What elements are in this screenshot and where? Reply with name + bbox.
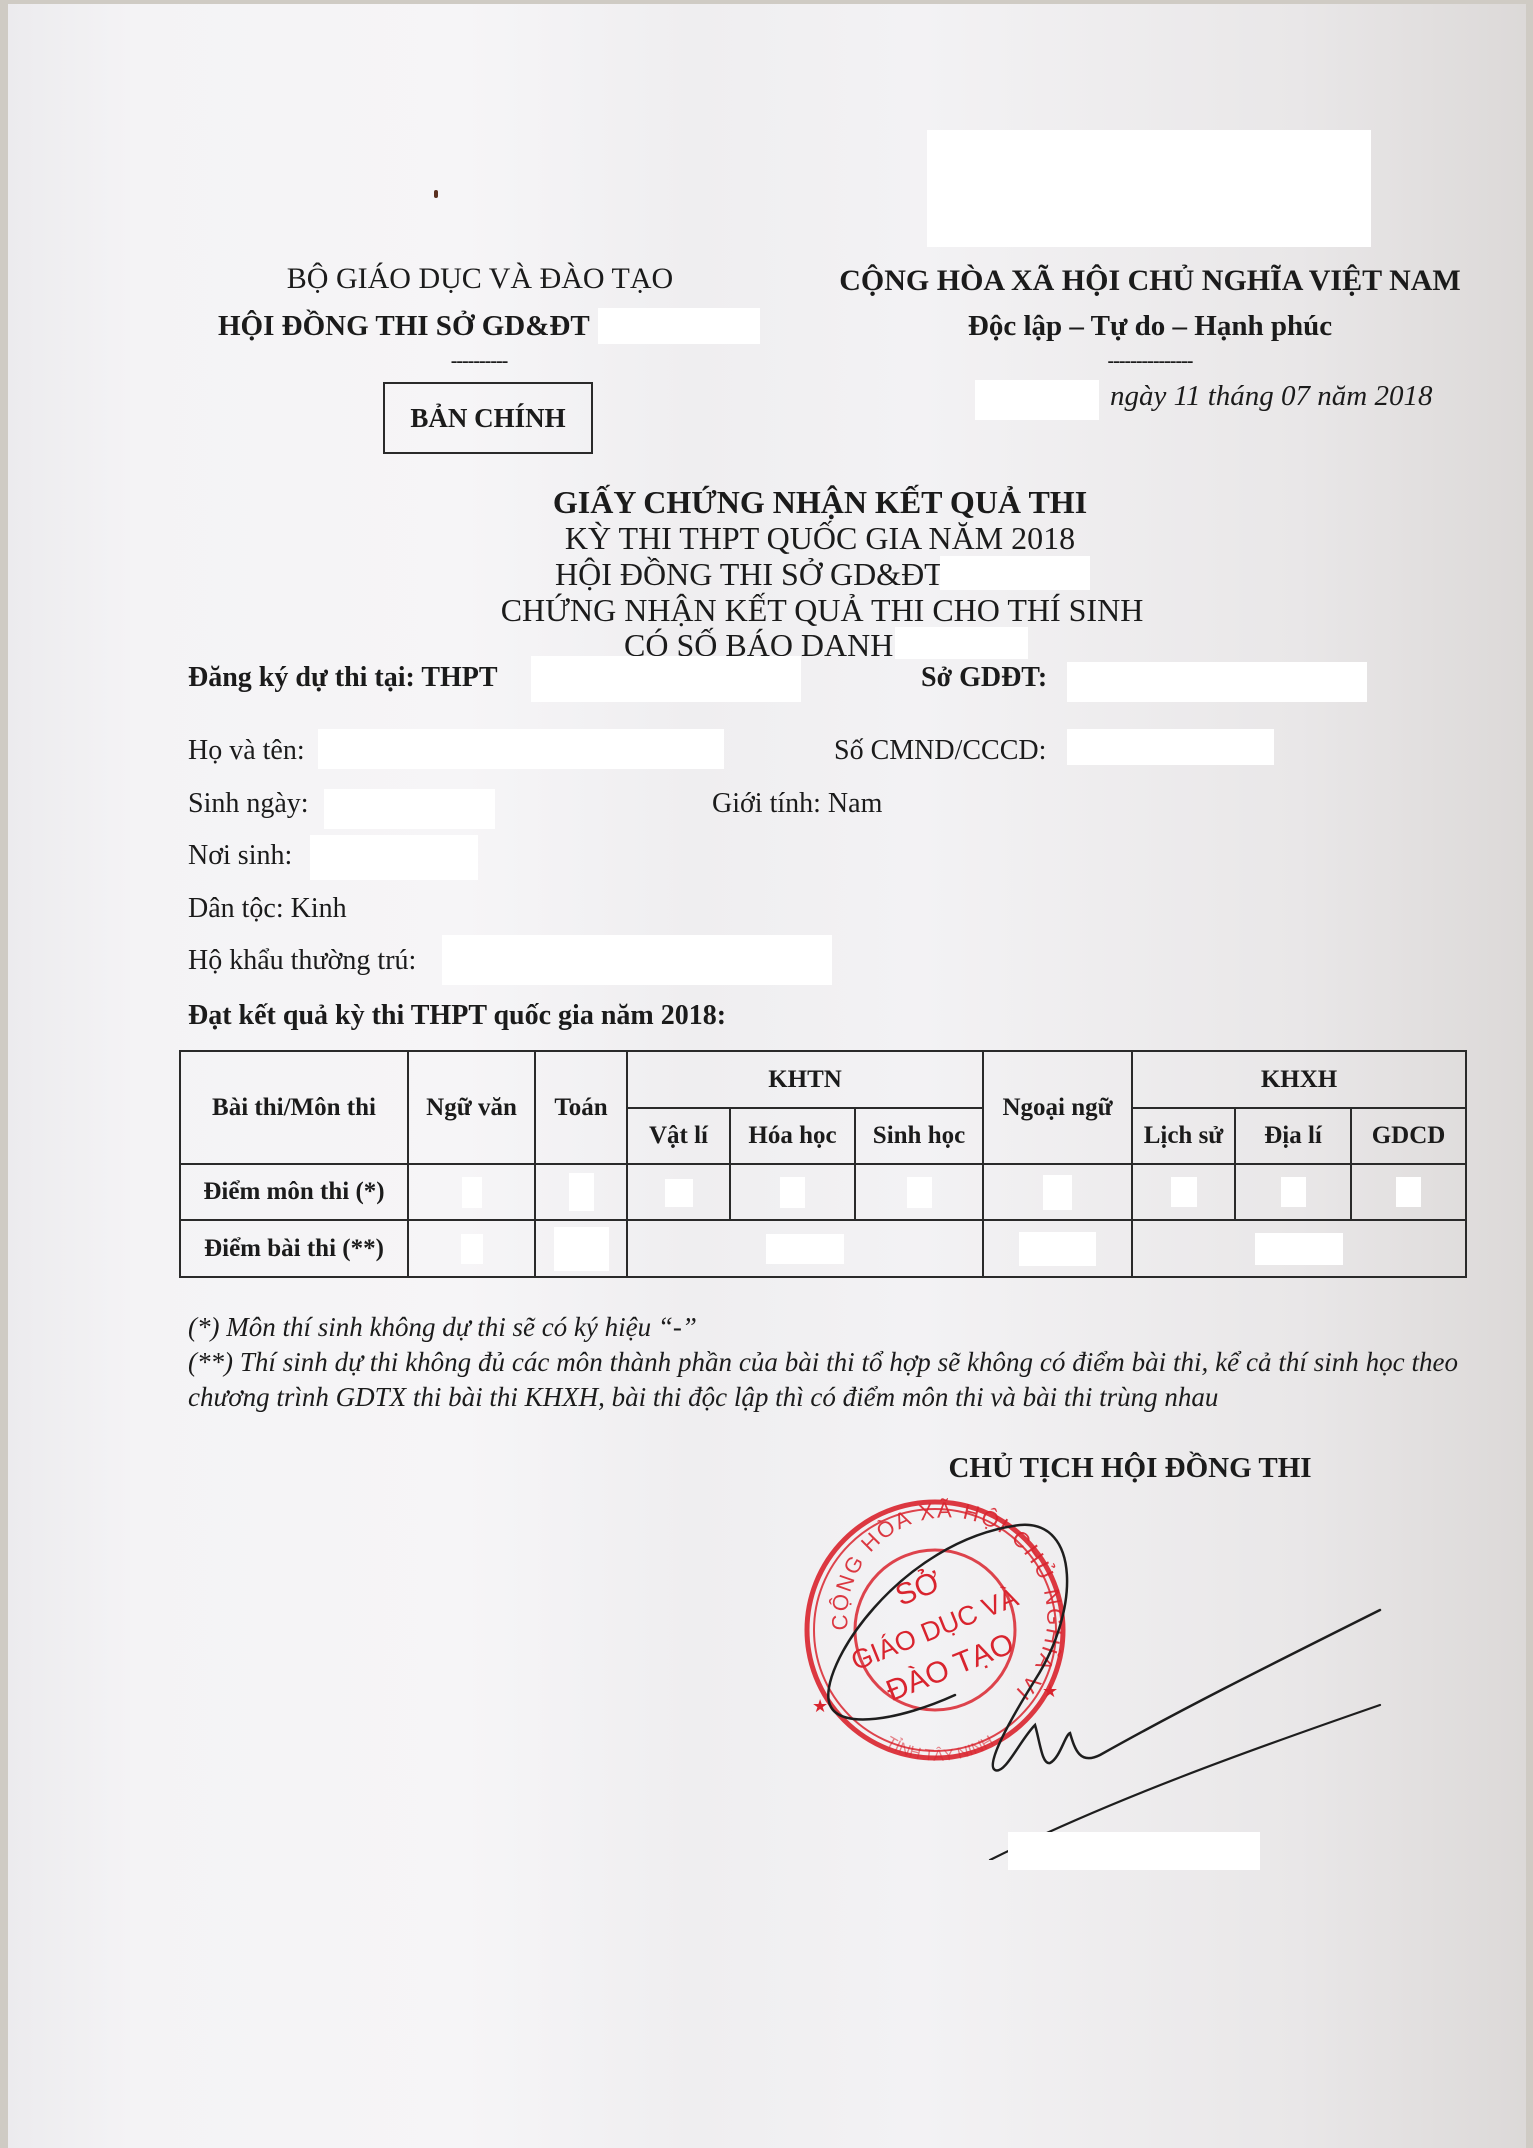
score-chemistry (730, 1164, 855, 1220)
test-score-math (535, 1220, 627, 1277)
row-label-test-score: Điểm bài thi (**) (180, 1220, 408, 1277)
row-label-subject-score: Điểm môn thi (*) (180, 1164, 408, 1220)
separator-right: --------------- (1108, 350, 1193, 373)
test-score-social-sciences (1132, 1220, 1466, 1277)
seal-icon: CỘNG HÒA XÃ HỘI CHỦ NGHĨA VIỆT NAM TỈNH … (780, 1480, 1067, 1765)
redacted-birth-date (324, 789, 495, 829)
header-biology: Sinh học (855, 1108, 983, 1164)
header-geography: Địa lí (1235, 1108, 1351, 1164)
gender-field: Giới tính: Nam (712, 788, 882, 820)
table-row: Điểm môn thi (*) (180, 1164, 1466, 1220)
birthplace-label: Nơi sinh: (188, 840, 292, 872)
redacted-department (1067, 662, 1367, 702)
header-literature: Ngữ văn (408, 1051, 535, 1164)
redacted-council-title (940, 556, 1090, 590)
header-math: Toán (535, 1051, 627, 1164)
redacted-id-number (1067, 729, 1274, 765)
council-name: HỘI ĐỒNG THI SỞ GD&ĐT (218, 310, 590, 343)
registered-school-label: Đăng ký dự thi tại: THPT (188, 662, 498, 694)
score-physics (627, 1164, 730, 1220)
redacted-block (927, 130, 1371, 247)
svg-text:★: ★ (1042, 1681, 1058, 1701)
redacted-candidate-number (895, 627, 1028, 659)
country-name: CỘNG HÒA XÃ HỘI CHỦ NGHĨA VIỆT NAM (839, 264, 1460, 298)
redacted-residence (442, 935, 832, 985)
ethnicity-field: Dân tộc: Kinh (188, 893, 347, 925)
score-civics (1351, 1164, 1466, 1220)
footnote-absent-subject: (*) Môn thí sinh không dự thi sẽ có ký h… (188, 1310, 697, 1345)
score-table: Bài thi/Môn thi Ngữ văn Toán KHTN Ngoại … (179, 1050, 1467, 1278)
certify-line: CHỨNG NHẬN KẾT QUẢ THI CHO THÍ SINH (501, 592, 1144, 629)
redacted-location (975, 380, 1099, 420)
redacted-full-name (318, 729, 724, 769)
redacted-birthplace (310, 835, 478, 880)
footnote-test-score: (**) Thí sinh dự thi không đủ các môn th… (188, 1345, 1458, 1415)
birth-date-label: Sinh ngày: (188, 788, 309, 820)
separator-left: ---------- (451, 350, 508, 373)
score-foreign-language (983, 1164, 1132, 1220)
department-label: Sở GDĐT: (921, 662, 1047, 694)
score-geography (1235, 1164, 1351, 1220)
header-subject-corner: Bài thi/Môn thi (180, 1051, 408, 1164)
full-name-label: Họ và tên: (188, 735, 305, 767)
test-score-natural-sciences (627, 1220, 983, 1277)
test-score-literature (408, 1220, 535, 1277)
results-heading: Đạt kết quả kỳ thi THPT quốc gia năm 201… (188, 1000, 726, 1032)
certificate-title: GIẤY CHỨNG NHẬN KẾT QUẢ THI (553, 484, 1087, 521)
national-motto: Độc lập – Tự do – Hạnh phúc (968, 310, 1332, 343)
council-line: HỘI ĐỒNG THI SỞ GD&ĐT (555, 556, 944, 593)
original-copy-label: BẢN CHÍNH (410, 403, 565, 434)
redacted-council-province (598, 308, 760, 344)
score-history (1132, 1164, 1235, 1220)
paper-speck (434, 190, 438, 198)
score-literature (408, 1164, 535, 1220)
residence-label: Hộ khẩu thường trú: (188, 945, 416, 977)
header-social-sciences: KHXH (1132, 1051, 1466, 1108)
redacted-signer-name (1008, 1832, 1260, 1870)
ministry-name: BỘ GIÁO DỤC VÀ ĐÀO TẠO (287, 262, 673, 296)
issue-date: ngày 11 tháng 07 năm 2018 (1110, 380, 1432, 413)
header-chemistry: Hóa học (730, 1108, 855, 1164)
table-row: Điểm bài thi (**) (180, 1220, 1466, 1277)
redacted-school (531, 656, 801, 702)
header-history: Lịch sử (1132, 1108, 1235, 1164)
svg-text:SỞ: SỞ (891, 1564, 946, 1613)
original-copy-badge: BẢN CHÍNH (383, 382, 593, 454)
official-seal-and-signature: CỘNG HÒA XÃ HỘI CHỦ NGHĨA VIỆT NAM TỈNH … (780, 1480, 1500, 1860)
header-physics: Vật lí (627, 1108, 730, 1164)
header-natural-sciences: KHTN (627, 1051, 983, 1108)
header-civics: GDCD (1351, 1108, 1466, 1164)
id-number-label: Số CMND/CCCD: (834, 735, 1046, 767)
score-biology (855, 1164, 983, 1220)
svg-text:TỈNH TÂY NINH: TỈNH TÂY NINH (883, 1733, 997, 1765)
svg-text:★: ★ (812, 1696, 828, 1716)
header-foreign-language: Ngoại ngữ (983, 1051, 1132, 1164)
test-score-foreign-language (983, 1220, 1132, 1277)
score-math (535, 1164, 627, 1220)
exam-name: KỲ THI THPT QUỐC GIA NĂM 2018 (565, 520, 1075, 557)
